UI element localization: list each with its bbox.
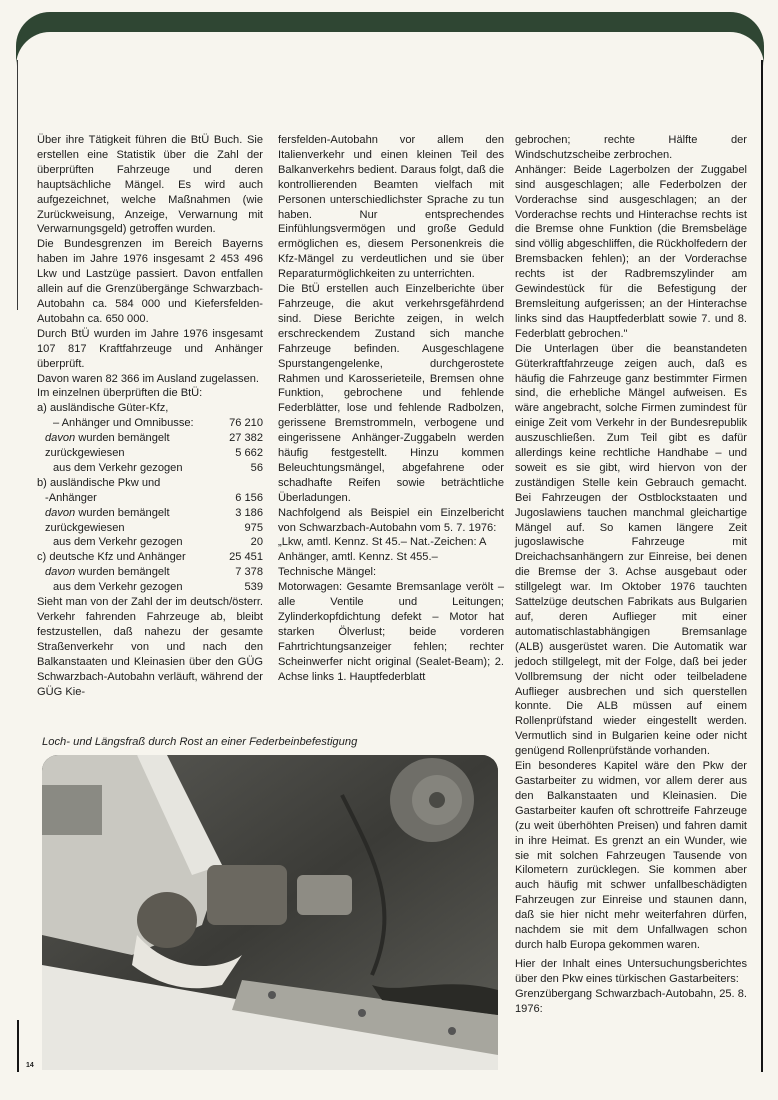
- paragraph: Über ihre Tätigkeit führen die BtÜ Buch.…: [37, 133, 263, 237]
- stats-row: zurückgewiesen 5 662: [37, 446, 263, 461]
- stats-value: 25 451: [229, 550, 263, 565]
- stats-label: c) deutsche Kfz und Anhänger: [37, 550, 186, 565]
- stats-block-c: c) deutsche Kfz und Anhänger 25 451 davo…: [37, 550, 263, 595]
- page-number: 14: [26, 1062, 34, 1069]
- stats-value: 975: [244, 521, 263, 536]
- stats-label-emphasis: davon: [45, 507, 75, 519]
- paragraph: fersfelden-Autobahn vor allem den Italie…: [278, 133, 504, 282]
- stats-value: 56: [251, 461, 263, 476]
- paragraph: Die BtÜ erstellen auch Einzelberichte üb…: [278, 282, 504, 506]
- paragraph: Motorwagen: Gesamte Bremsanlage verölt –…: [278, 580, 504, 684]
- paragraph: Im einzelnen überprüften die BtÜ:: [37, 386, 263, 401]
- paragraph: Nachfolgend als Beispiel ein Einzelberic…: [278, 506, 504, 536]
- paragraph: Die Bundesgrenzen im Bereich Bayerns hab…: [37, 237, 263, 326]
- paragraph: Durch BtÜ wurden im Jahre 1976 insgesamt…: [37, 327, 263, 372]
- stats-row: aus dem Verkehr gezogen 539: [37, 580, 263, 595]
- stats-label: wurden bemängelt: [75, 432, 169, 444]
- stats-row: davon wurden bemängelt 7 378: [37, 565, 263, 580]
- stats-value: 3 186: [235, 506, 263, 521]
- stats-label: wurden bemängelt: [75, 566, 169, 578]
- stats-row: -Anhänger 6 156: [37, 491, 263, 506]
- paragraph: Anhänger: Beide Lagerbolzen der Zuggabel…: [515, 163, 747, 342]
- stats-label: aus dem Verkehr gezogen: [53, 580, 183, 595]
- paragraph: Technische Mängel:: [278, 565, 504, 580]
- stats-value: 5 662: [235, 446, 263, 461]
- stats-value: 20: [251, 535, 263, 550]
- paragraph: Die Unterlagen über die beanstandeten Gü…: [515, 342, 747, 759]
- rust-photo: [42, 755, 498, 1070]
- stats-label: zurückgewiesen: [45, 446, 125, 461]
- header-band-cutout: [16, 32, 764, 92]
- stats-label: aus dem Verkehr gezogen: [53, 461, 183, 476]
- left-border-rule: [17, 60, 18, 310]
- stats-row: davon wurden bemängelt 3 186: [37, 506, 263, 521]
- stats-row: aus dem Verkehr gezogen 20: [37, 535, 263, 550]
- stats-row: zurückgewiesen 975: [37, 521, 263, 536]
- paragraph: Anhänger, amtl. Kennz. St 455.–: [278, 550, 504, 565]
- stats-label-emphasis: davon: [45, 432, 75, 444]
- stats-label: wurden bemängelt: [75, 507, 169, 519]
- stats-row: c) deutsche Kfz und Anhänger 25 451: [37, 550, 263, 565]
- stats-label: zurückgewiesen: [45, 521, 125, 536]
- paragraph: Ein besonderes Kapitel wäre den Pkw der …: [515, 759, 747, 953]
- stats-value: 7 378: [235, 565, 263, 580]
- paragraph: Grenzübergang Schwarzbach-Autobahn, 25. …: [515, 987, 747, 1017]
- stats-heading: b) ausländische Pkw und: [37, 476, 263, 491]
- stats-row: – Anhänger und Omnibusse: 76 210: [37, 416, 263, 431]
- article-column-3: gebrochen; rechte Hälfte der Windschutzs…: [515, 133, 747, 1016]
- stats-block-a: a) ausländische Güter-Kfz, – Anhänger un…: [37, 401, 263, 476]
- paragraph: gebrochen; rechte Hälfte der Windschutzs…: [515, 133, 747, 163]
- right-border-rule: [761, 60, 763, 1072]
- stats-label: aus dem Verkehr gezogen: [53, 535, 183, 550]
- paragraph: „Lkw, amtl. Kennz. St 45.– Nat.-Zeichen:…: [278, 535, 504, 550]
- stats-row: aus dem Verkehr gezogen 56: [37, 461, 263, 476]
- stats-label: -Anhänger: [45, 491, 97, 506]
- paragraph: Hier der Inhalt eines Untersuchungsberic…: [515, 957, 747, 987]
- stats-value: 76 210: [229, 416, 263, 431]
- stats-heading: a) ausländische Güter-Kfz,: [37, 401, 263, 416]
- stats-value: 27 382: [229, 431, 263, 446]
- stats-label-emphasis: davon: [45, 566, 75, 578]
- stats-label: – Anhänger und Omnibusse:: [53, 416, 194, 431]
- stats-block-b: b) ausländische Pkw und -Anhänger 6 156 …: [37, 476, 263, 551]
- figure-caption: Loch- und Längsfraß durch Rost an einer …: [42, 736, 357, 748]
- stats-value: 539: [244, 580, 263, 595]
- article-column-2: fersfelden-Autobahn vor allem den Italie…: [278, 133, 504, 685]
- stats-value: 6 156: [235, 491, 263, 506]
- left-border-rule-bottom: [17, 1020, 19, 1072]
- article-column-1: Über ihre Tätigkeit führen die BtÜ Buch.…: [37, 133, 263, 699]
- stats-row: davon wurden bemängelt 27 382: [37, 431, 263, 446]
- photo-illustration: [42, 755, 498, 1070]
- paragraph: Davon waren 82 366 im Ausland zugelassen…: [37, 372, 263, 387]
- paragraph: Sieht man von der Zahl der im deutsch/ös…: [37, 595, 263, 699]
